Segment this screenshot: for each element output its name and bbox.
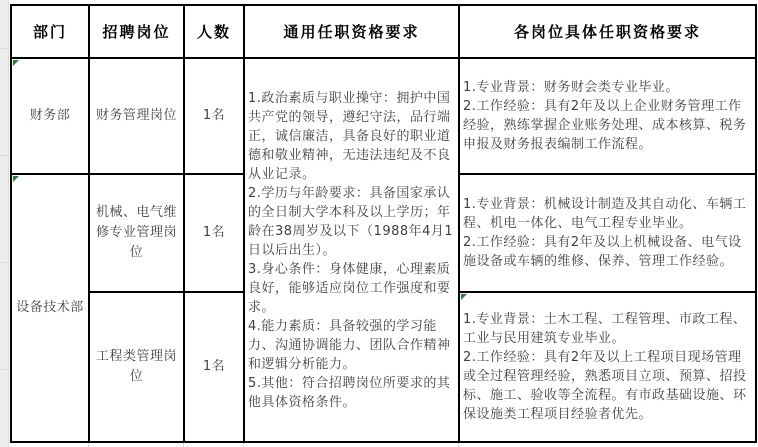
table-header-row: 部门 招聘岗位 人数 通用任职资格要求 各岗位具体任职资格要求 [11,5,756,58]
sheet-gridline [0,155,8,156]
cell-flag-icon [461,294,467,300]
department-label: 设备技术部 [16,300,84,315]
header-cell-department[interactable]: 部门 [11,5,89,58]
cell-headcount-row0[interactable]: 1名 [184,58,244,174]
sheet-gridline [0,262,8,263]
sheet-gridline [0,48,8,49]
position-label: 机械、电气维修专业管理岗位 [96,205,177,260]
cell-department-equipment-tech[interactable]: 设备技术部 [11,174,89,442]
position-label: 财务管理岗位 [96,108,177,123]
cell-position-row1[interactable]: 机械、电气维修专业管理岗位 [89,174,184,292]
headcount-label: 1名 [203,225,225,240]
cell-headcount-row1[interactable]: 1名 [184,174,244,292]
cell-specific-row2[interactable]: 1.专业背景：土木工程、工程管理、市政工程、工业与民用建筑专业毕业。 2.工作经… [459,292,756,442]
cell-position-row0[interactable]: 财务管理岗位 [89,58,184,174]
header-cell-headcount[interactable]: 人数 [184,5,244,58]
header-cell-position[interactable]: 招聘岗位 [89,5,184,58]
sheet-margin-strip [0,0,9,447]
header-cell-general-requirements[interactable]: 通用任职资格要求 [244,5,459,58]
cell-general-requirements[interactable]: 1.政治素质与职业操守：拥护中国共产党的领导，遵纪守法，品行端正，诚信廉洁，具备… [244,58,459,442]
spreadsheet-view: 部门 招聘岗位 人数 通用任职资格要求 各岗位具体任职资格要求 财务部 财务管理… [0,0,758,447]
position-label: 工程类管理岗位 [96,349,177,384]
headcount-label: 1名 [203,108,225,123]
cell-position-row2[interactable]: 工程类管理岗位 [89,292,184,442]
department-label: 财务部 [30,108,71,123]
headcount-label: 1名 [203,359,225,374]
header-cell-specific-requirements[interactable]: 各岗位具体任职资格要求 [459,5,756,58]
sheet-gridline [0,369,8,370]
cell-department-finance[interactable]: 财务部 [11,58,89,174]
cell-headcount-row2[interactable]: 1名 [184,292,244,442]
cell-flag-icon [13,176,19,182]
recruitment-table: 部门 招聘岗位 人数 通用任职资格要求 各岗位具体任职资格要求 财务部 财务管理… [10,4,757,443]
cell-specific-row0[interactable]: 1.专业背景：财务财会类专业毕业。 2.工作经验：具有2年及以上企业财务管理工作… [459,58,756,174]
cell-specific-row1[interactable]: 1.专业背景：机械设计制造及其自动化、车辆工程、机电一体化、电气工程专业毕业。 … [459,174,756,292]
table-row: 财务部 财务管理岗位 1名 1.政治素质与职业操守：拥护中国共产党的领导，遵纪守… [11,58,756,174]
cell-flag-icon [13,60,19,66]
